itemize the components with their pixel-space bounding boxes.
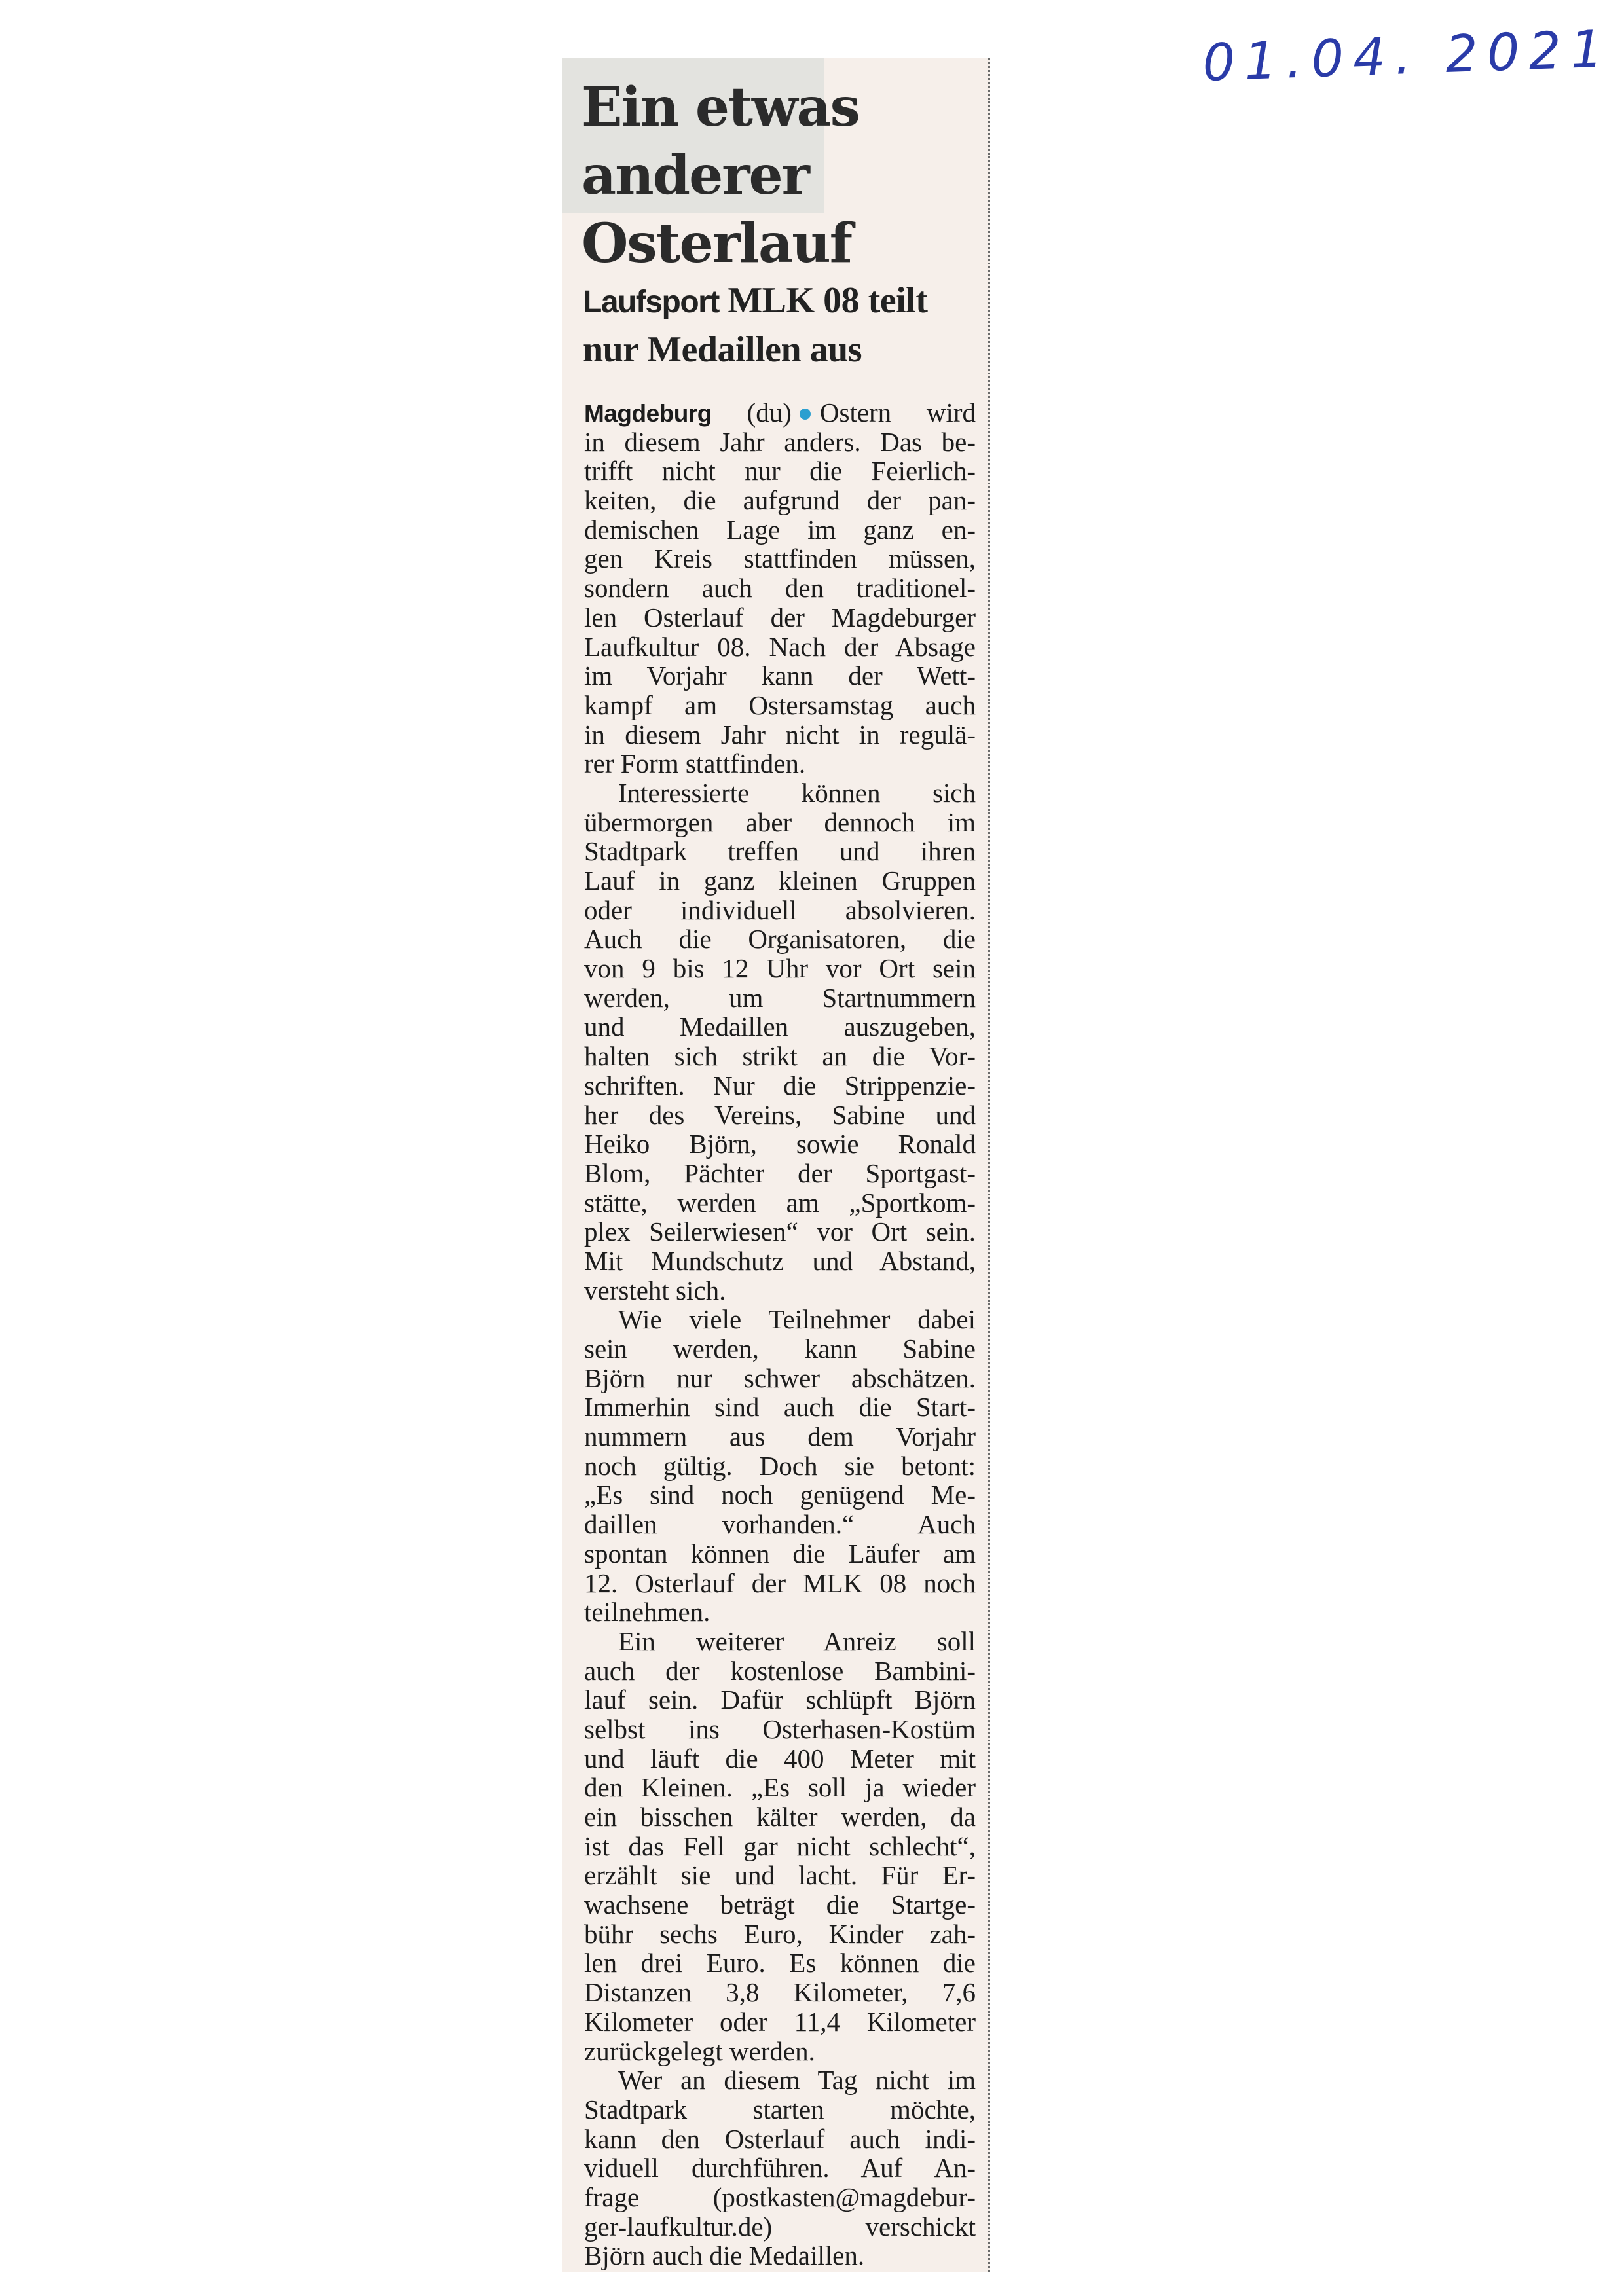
body-line: keiten, die aufgrund der pan-: [584, 486, 976, 515]
body-line: zurückgelegt werden.: [584, 2037, 976, 2066]
body-line: plex Seilerwiesen“ vor Ort sein.: [584, 1217, 976, 1247]
subhead-text: MLK 08 teilt: [719, 280, 928, 321]
body-line: Wie viele Teilnehmer dabei: [584, 1305, 976, 1334]
body-line: nummern aus dem Vorjahr: [584, 1422, 976, 1451]
article-body: Magdeburg (du)Ostern wird in diesem Jahr…: [584, 398, 976, 2270]
body-line: Interessierte können sich: [584, 778, 976, 808]
article-subheadline: Laufsport MLK 08 teilt nur Medaillen aus: [583, 277, 927, 373]
body-line: Stadtpark starten möchte,: [584, 2095, 976, 2124]
body-line: Kilometer oder 11,4 Kilometer: [584, 2007, 976, 2037]
body-text-fragment: Ostern wird: [820, 397, 976, 428]
body-line: Blom, Pächter der Sportgast-: [584, 1159, 976, 1188]
body-line: Mit Mundschutz und Abstand,: [584, 1247, 976, 1276]
paragraph: Wie viele Teilnehmer dabei sein werden, …: [584, 1305, 976, 1627]
dateline-place: Magdeburg: [584, 400, 712, 427]
body-line: „Es sind noch genügend Me-: [584, 1480, 976, 1510]
body-line: in diesem Jahr nicht in regulä-: [584, 720, 976, 750]
headline-line: anderer: [581, 141, 859, 210]
body-line: Ein weiterer Anreiz soll: [584, 1627, 976, 1656]
body-line: Heiko Björn, sowie Ronald: [584, 1129, 976, 1159]
body-line: rer Form stattfinden.: [584, 749, 976, 778]
body-line: erzählt sie und lacht. Für Er-: [584, 1861, 976, 1890]
body-line: und läuft die 400 Meter mit: [584, 1744, 976, 1774]
body-line: gen Kreis stattfinden müssen,: [584, 544, 976, 574]
body-line: stätte, werden am „Sportkom-: [584, 1188, 976, 1218]
body-line: viduell durchführen. Auf An-: [584, 2153, 976, 2183]
body-line: ger-laufkultur.de) verschickt: [584, 2212, 976, 2242]
body-line: bühr sechs Euro, Kinder zah-: [584, 1920, 976, 1949]
paragraph: Ein weiterer Anreiz soll auch der kosten…: [584, 1627, 976, 2066]
body-line: Auch die Organisatoren, die: [584, 924, 976, 954]
body-line: versteht sich.: [584, 1276, 976, 1305]
article-headline: Ein etwas anderer Osterlauf: [581, 73, 859, 278]
body-line: teilnehmen.: [584, 1597, 976, 1627]
body-line: Laufkultur 08. Nach der Absage: [584, 632, 976, 662]
body-line: wachsene beträgt die Startge-: [584, 1890, 976, 1920]
body-line: len Osterlauf der Magdeburger: [584, 603, 976, 632]
body-line: sondern auch den traditionel-: [584, 574, 976, 603]
headline-line: Osterlauf: [581, 210, 859, 278]
body-line: ist das Fell gar nicht schlecht“,: [584, 1832, 976, 1861]
body-line: oder individuell absolvieren.: [584, 896, 976, 925]
paragraph: Interessierte können sich übermorgen abe…: [584, 778, 976, 1305]
body-line: Stadtpark treffen und ihren: [584, 837, 976, 866]
paragraph: Wer an diesem Tag nicht im Stadtpark sta…: [584, 2066, 976, 2270]
body-line: selbst ins Osterhasen-Kostüm: [584, 1715, 976, 1744]
body-line: lauf sein. Dafür schlüpft Björn: [584, 1685, 976, 1715]
body-line: Lauf in ganz kleinen Gruppen: [584, 866, 976, 896]
body-line: Distanzen 3,8 Kilometer, 7,6: [584, 1978, 976, 2007]
body-line: und Medaillen auszugeben,: [584, 1012, 976, 1042]
body-line: sein werden, kann Sabine: [584, 1334, 976, 1364]
body-line: demischen Lage im ganz en-: [584, 515, 976, 545]
body-line: in diesem Jahr anders. Das be-: [584, 428, 976, 457]
body-line: len drei Euro. Es können die: [584, 1948, 976, 1978]
body-line: frage (postkasten@magdebur-: [584, 2183, 976, 2212]
headline-line: Ein etwas: [581, 73, 859, 141]
subhead-kicker: Laufsport: [583, 285, 719, 319]
body-line: übermorgen aber dennoch im: [584, 808, 976, 837]
body-line: her des Vereins, Sabine und: [584, 1101, 976, 1130]
body-line: auch der kostenlose Bambini-: [584, 1656, 976, 1686]
bullet-dot-icon: [800, 409, 811, 420]
body-line: Björn auch die Medaillen.: [584, 2241, 976, 2270]
body-line: werden, um Startnummern: [584, 983, 976, 1013]
paragraph: Magdeburg (du)Ostern wird in diesem Jahr…: [584, 398, 976, 778]
subhead-line: nur Medaillen aus: [583, 326, 927, 373]
body-line: spontan können die Läufer am: [584, 1539, 976, 1569]
body-line: ein bisschen kälter werden, da: [584, 1802, 976, 1832]
body-line: den Kleinen. „Es soll ja wieder: [584, 1773, 976, 1802]
body-line: Immerhin sind auch die Start-: [584, 1393, 976, 1422]
body-line: von 9 bis 12 Uhr vor Ort sein: [584, 954, 976, 983]
body-line: trifft nicht nur die Feierlich-: [584, 456, 976, 486]
dateline-author: (du): [712, 397, 792, 428]
body-line: Wer an diesem Tag nicht im: [584, 2066, 976, 2095]
handwritten-date-annotation: 01.04. 2021: [1202, 20, 1613, 93]
body-line: 12. Osterlauf der MLK 08 noch: [584, 1569, 976, 1598]
body-line: Magdeburg (du)Ostern wird: [584, 398, 976, 428]
body-line: daillen vorhanden.“ Auch: [584, 1510, 976, 1539]
body-line: kann den Osterlauf auch indi-: [584, 2124, 976, 2154]
body-line: schriften. Nur die Strippenzie-: [584, 1071, 976, 1101]
body-line: Björn nur schwer abschätzen.: [584, 1364, 976, 1393]
newspaper-clipping: Ein etwas anderer Osterlauf Laufsport ML…: [562, 58, 990, 2272]
body-line: halten sich strikt an die Vor-: [584, 1042, 976, 1071]
body-line: kampf am Ostersamstag auch: [584, 691, 976, 720]
subhead-line: Laufsport MLK 08 teilt: [583, 277, 927, 326]
body-line: noch gültig. Doch sie betont:: [584, 1451, 976, 1481]
body-line: im Vorjahr kann der Wett-: [584, 661, 976, 691]
